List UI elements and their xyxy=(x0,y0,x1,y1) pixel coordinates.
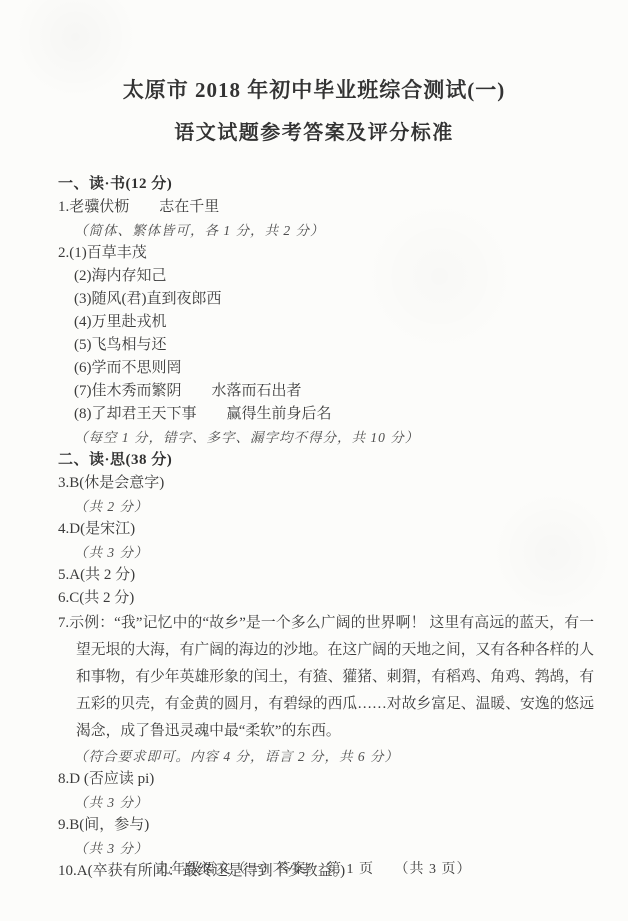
answer-line: (4)万里赴戎机 xyxy=(58,311,594,334)
answer-line: 5.A(共 2 分) xyxy=(58,564,594,587)
footer-page-total: （共 3 页） xyxy=(395,862,472,877)
answer-line: （共 3 分） xyxy=(58,791,594,814)
answer-content: 一、读·书(12 分)1.老骥伏枥 志在千里（简体、繁体皆可，各 1 分，共 2… xyxy=(58,173,594,883)
answer-line: 3.B(休是会意字) xyxy=(58,472,594,495)
answer-line: （共 3 分） xyxy=(58,837,594,860)
answer-line: (3)随风(君)直到夜郎西 xyxy=(58,288,594,311)
answer-line: 2.(1)百草丰茂 xyxy=(58,242,594,265)
answer-line: (8)了却君王天下事 赢得生前身后名 xyxy=(58,403,594,426)
answer-line: （共 3 分） xyxy=(58,541,594,564)
answer-line: (7)佳木秀而繁阴 水落而石出者 xyxy=(58,380,594,403)
answer-line: （简体、繁体皆可，各 1 分，共 2 分） xyxy=(58,219,594,242)
answer-line: 4.D(是宋江) xyxy=(58,518,594,541)
answer-line: (2)海内存知己 xyxy=(58,265,594,288)
answer-line: 二、读·思(38 分) xyxy=(58,449,594,472)
scanned-answer-sheet-page: 太原市 2018 年初中毕业班综合测试(一) 语文试题参考答案及评分标准 一、读… xyxy=(0,0,628,921)
footer-page-number: 第 1 页 xyxy=(327,862,374,877)
answer-line: （共 2 分） xyxy=(58,495,594,518)
answer-line: (5)飞鸟相与还 xyxy=(58,334,594,357)
answer-line: (6)学而不思则罔 xyxy=(58,357,594,380)
document-title: 太原市 2018 年初中毕业班综合测试(一) xyxy=(0,74,628,104)
answer-line: （每空 1 分，错字、多字、漏字均不得分，共 10 分） xyxy=(58,426,594,449)
answer-line: 7.示例：“我”记忆中的“故乡”是一个多么广阔的世界啊！ 这里有高远的蓝天，有一… xyxy=(58,610,594,745)
footer-document-label: 九年级语文（一）答案 xyxy=(157,862,307,877)
page-footer: 九年级语文（一）答案 第 1 页 （共 3 页） xyxy=(0,858,628,878)
answer-line: （符合要求即可。内容 4 分，语言 2 分，共 6 分） xyxy=(58,745,594,768)
answer-line: 1.老骥伏枥 志在千里 xyxy=(58,196,594,219)
answer-line: 9.B(间，参与) xyxy=(58,814,594,837)
answer-line: 8.D (否应读 pi) xyxy=(58,768,594,791)
document-subtitle: 语文试题参考答案及评分标准 xyxy=(0,116,628,145)
answer-line: 一、读·书(12 分) xyxy=(58,173,594,196)
answer-line: 6.C(共 2 分) xyxy=(58,587,594,610)
